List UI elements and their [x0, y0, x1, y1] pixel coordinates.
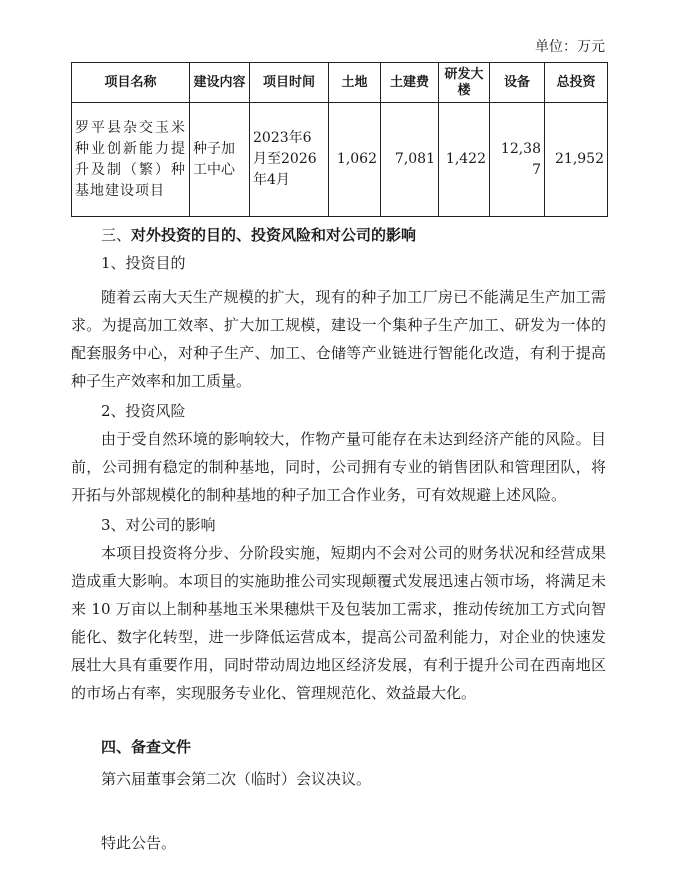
cell-total: 21,952	[545, 103, 608, 217]
paragraph-line: 随着云南大天生产规模的扩大，现有的种子加工厂房已不能满足生产加工需	[71, 283, 606, 311]
header-project-name: 项目名称	[72, 63, 190, 103]
closing-text: 特此公告。	[71, 829, 606, 857]
paragraph-line: 的市场占有率，实现服务专业化、管理规范化、效益最大化。	[71, 679, 606, 707]
closing: 特此公告。	[71, 829, 606, 857]
subsection-1-title: 1、投资目的	[71, 249, 606, 277]
header-content: 建设内容	[190, 63, 250, 103]
section-3-title: 对外投资的目的、投资风险和对公司的影响	[131, 226, 416, 244]
paragraph-line: 能化、数字化转型，进一步降低运营成本，提高公司盈利能力，对企业的快速发	[71, 623, 606, 651]
cell-project-name: 罗平县杂交玉米种业创新能力提升及制（繁）种基地建设项目	[72, 103, 190, 217]
section-4-text: 第六届董事会第二次（临时）会议决议。	[71, 765, 606, 793]
paragraph-line: 配套服务中心，对种子生产、加工、仓储等产业链进行智能化改造，有利于提高	[71, 339, 606, 367]
paragraph-line: 本项目投资将分步、分阶段实施，短期内不会对公司的财务状况和经营成果	[71, 539, 606, 567]
paragraph-line: 来 10 万亩以上制种基地玉米果穗烘干及包装加工需求，推动传统加工方式向智	[71, 595, 606, 623]
header-total: 总投资	[545, 63, 608, 103]
paragraph-line: 种子生产效率和加工质量。	[71, 367, 606, 395]
table-row: 罗平县杂交玉米种业创新能力提升及制（繁）种基地建设项目 种子加工中心 2023年…	[72, 103, 608, 217]
cell-time: 2023年6月至2026年4月	[250, 103, 329, 217]
section-3-number: 三、	[101, 226, 131, 244]
cell-construction: 7,081	[381, 103, 439, 217]
section-3-heading: 三、对外投资的目的、投资风险和对公司的影响	[71, 221, 606, 249]
section-4-heading: 四、备查文件	[71, 733, 606, 761]
paragraph-line: 由于受自然环境的影响较大，作物产量可能存在未达到经济产能的风险。目	[71, 425, 606, 453]
subsection-2-title: 2、投资风险	[71, 397, 606, 425]
table-header-row: 项目名称 建设内容 项目时间 土地 土建费 研发大楼 设备 总投资	[72, 63, 608, 103]
cell-rd-building: 1,422	[439, 103, 490, 217]
investment-table: 项目名称 建设内容 项目时间 土地 土建费 研发大楼 设备 总投资 罗平县杂交玉…	[71, 62, 608, 217]
section-3: 三、对外投资的目的、投资风险和对公司的影响 1、投资目的 随着云南大天生产规模的…	[71, 221, 606, 707]
header-land: 土地	[329, 63, 381, 103]
paragraph-line: 开拓与外部规模化的制种基地的种子加工合作业务，可有效规避上述风险。	[71, 481, 606, 509]
paragraph-line: 前，公司拥有稳定的制种基地，同时，公司拥有专业的销售团队和管理团队，将	[71, 453, 606, 481]
cell-content: 种子加工中心	[190, 103, 250, 217]
section-4: 四、备查文件 第六届董事会第二次（临时）会议决议。	[71, 733, 606, 793]
unit-label: 单位：万元	[535, 37, 605, 57]
cell-equipment: 12,387	[490, 103, 545, 217]
cell-land: 1,062	[329, 103, 381, 217]
header-equipment: 设备	[490, 63, 545, 103]
header-time: 项目时间	[250, 63, 329, 103]
paragraph-line: 求。为提高加工效率、扩大加工规模，建设一个集种子生产加工、研发为一体的	[71, 311, 606, 339]
subsection-3-title: 3、对公司的影响	[71, 511, 606, 539]
paragraph-line: 造成重大影响。本项目的实施助推公司实现颠覆式发展迅速占领市场，将满足未	[71, 567, 606, 595]
paragraph-line: 展壮大具有重要作用，同时带动周边地区经济发展，有利于提升公司在西南地区	[71, 651, 606, 679]
header-construction: 土建费	[381, 63, 439, 103]
header-rd-building: 研发大楼	[439, 63, 490, 103]
